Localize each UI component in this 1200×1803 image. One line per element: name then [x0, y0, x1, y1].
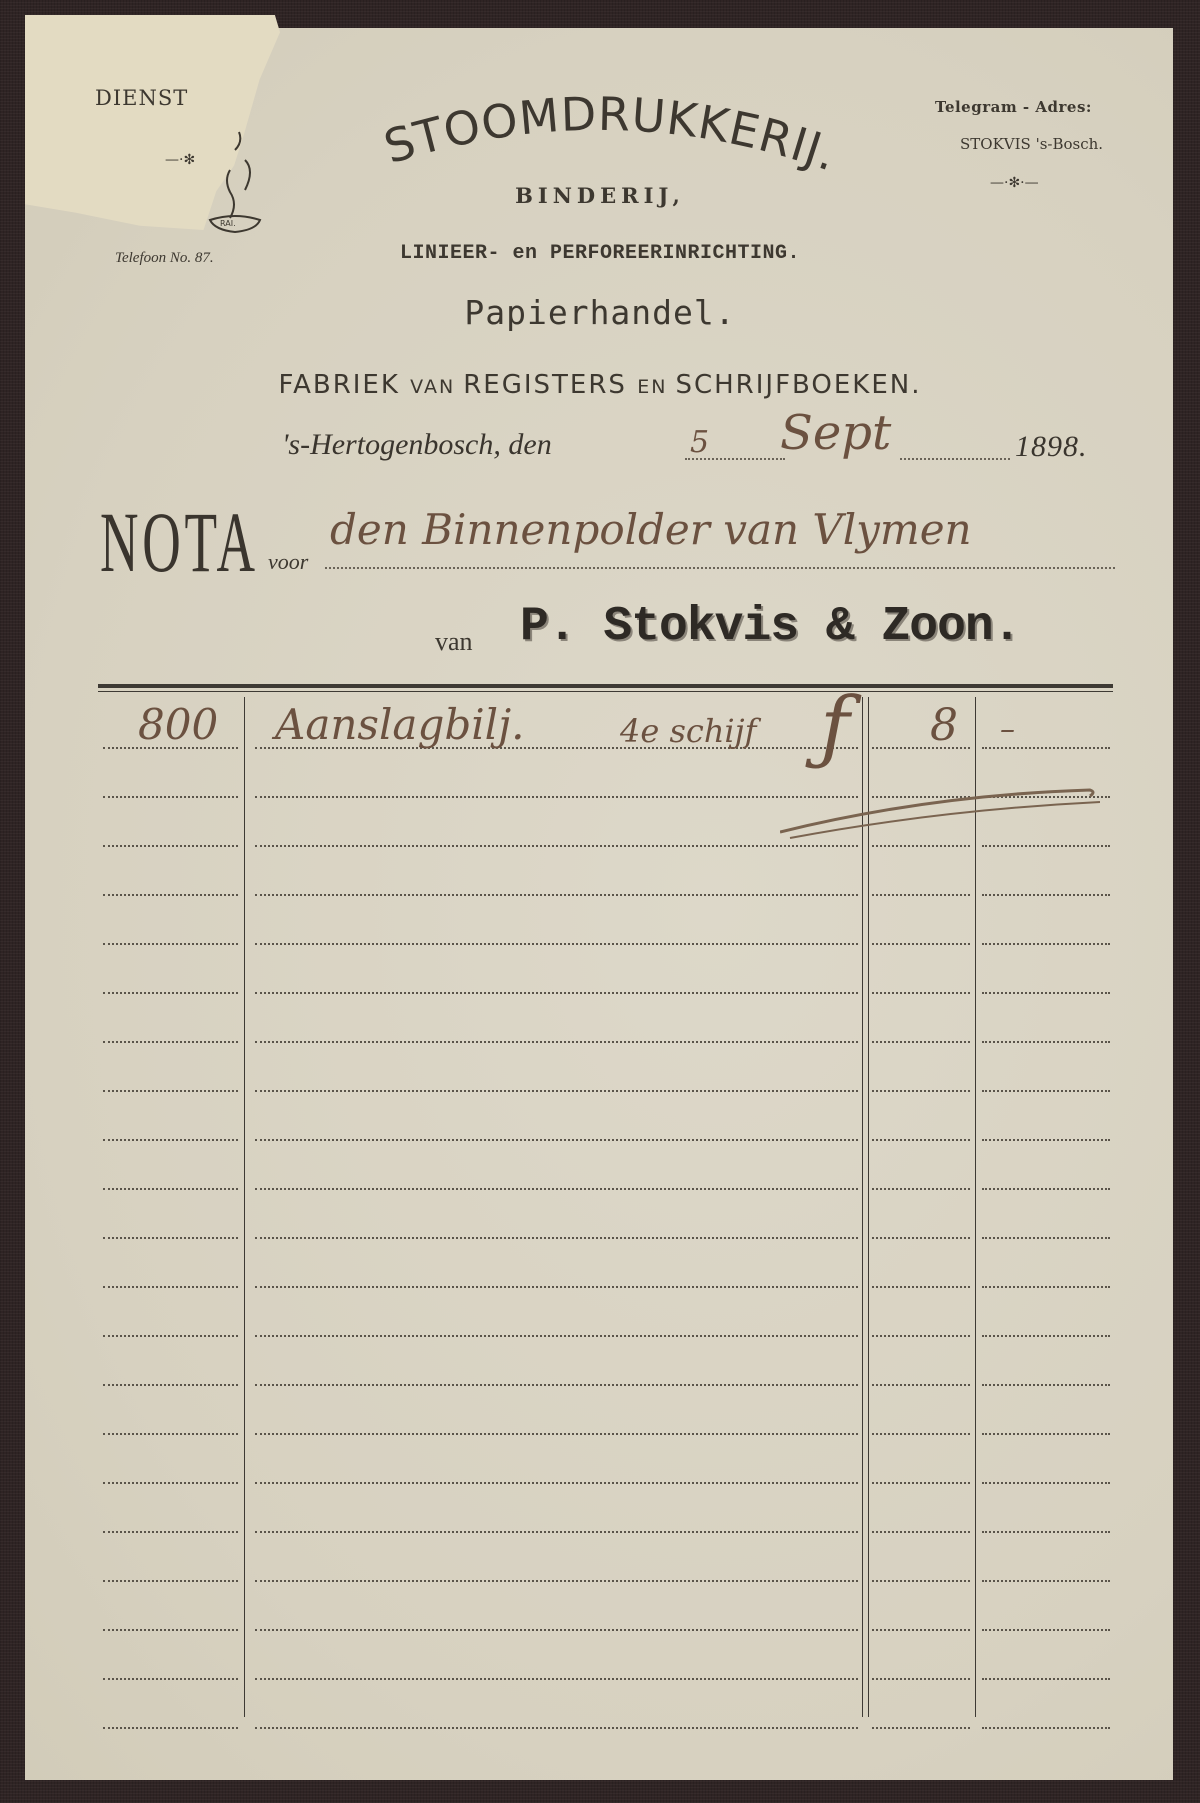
nota-title: NOTA [100, 492, 259, 592]
linieer-line: LINIEER- en PERFOREERINRICHTING. [0, 242, 1200, 265]
papierhandel-line: Papierhandel. [0, 293, 1200, 332]
firm-name: P. Stokvis & Zoon. [520, 600, 1020, 654]
column-divider-description [862, 697, 863, 1717]
ledger-dotted-line [255, 1531, 858, 1533]
ledger-dotted-line [255, 796, 858, 798]
ledger-dotted-line [982, 845, 1110, 847]
ledger-dotted-line [103, 894, 238, 896]
ledger-dotted-line [255, 992, 858, 994]
ledger-dotted-line [103, 1090, 238, 1092]
place-printed: 's-Hertogenbosch, den [282, 428, 552, 462]
en-word: EN [637, 376, 675, 398]
ledger-dotted-line [103, 1629, 238, 1631]
ledger-dotted-line [103, 1335, 238, 1337]
ledger-dotted-line [255, 1580, 858, 1582]
ledger-dotted-line [255, 1678, 858, 1680]
ledger-dotted-line [103, 1286, 238, 1288]
ledger-dotted-line [103, 1384, 238, 1386]
ledger-dotted-line [982, 1139, 1110, 1141]
ledger-dotted-line [872, 1629, 970, 1631]
ledger-dotted-line [872, 1727, 970, 1729]
voor-label: voor [268, 549, 308, 575]
ledger-dotted-line [872, 1090, 970, 1092]
ledger-dotted-line [872, 1335, 970, 1337]
ledger-dotted-line [872, 1531, 970, 1533]
ledger-dotted-line [982, 1335, 1110, 1337]
ledger-dotted-line [103, 1139, 238, 1141]
recipient-handwritten: den Binnenpolder van Vlymen [330, 505, 972, 554]
ornament-right-icon: —·✻·— [990, 175, 1039, 191]
schrijfboeken-word: SCHRIJFBOEKEN. [675, 370, 921, 400]
ledger-dotted-line [872, 1678, 970, 1680]
date-dotted-line [900, 458, 1010, 460]
ledger-dotted-line [982, 1580, 1110, 1582]
ledger-dotted-line [255, 1286, 858, 1288]
ledger-dotted-line [872, 1041, 970, 1043]
ledger-dotted-line [255, 1090, 858, 1092]
ledger-dotted-line [255, 1433, 858, 1435]
fabriek-line: FABRIEK VAN REGISTERS EN SCHRIJFBOEKEN. [0, 370, 1200, 400]
ledger-dotted-line [255, 1188, 858, 1190]
ledger-dotted-line [982, 894, 1110, 896]
recipient-dotted-line [325, 567, 1115, 569]
ledger-dotted-line [982, 1286, 1110, 1288]
telegram-address: STOKVIS 's-Bosch. [960, 135, 1103, 153]
ledger-dotted-line [982, 1384, 1110, 1386]
ledger-dotted-line [982, 1727, 1110, 1729]
ledger-dotted-line [982, 943, 1110, 945]
ledger-dotted-line [255, 1041, 858, 1043]
item-cents: – [1000, 712, 1015, 747]
ledger-dotted-line [103, 845, 238, 847]
ledger-dotted-line [872, 1188, 970, 1190]
ledger-dotted-line [872, 1286, 970, 1288]
ledger-dotted-line [982, 1090, 1110, 1092]
ledger-dotted-line [982, 1237, 1110, 1239]
svg-text:RAI.: RAI. [220, 219, 236, 228]
ledger-dotted-line [872, 943, 970, 945]
registers-word: REGISTERS [463, 370, 637, 400]
ledger-dotted-line [255, 1482, 858, 1484]
ledger-dotted-line [255, 943, 858, 945]
ledger-dotted-line [103, 1678, 238, 1680]
ledger-dotted-line [255, 845, 858, 847]
ledger-dotted-line [103, 1041, 238, 1043]
ledger-dotted-line [872, 1139, 970, 1141]
ledger-dotted-line [982, 1433, 1110, 1435]
telegram-label: Telegram - Adres: [935, 98, 1092, 116]
dienst-label: DIENST [95, 86, 188, 110]
svg-text:STOOMDRUKKERIJ.: STOOMDRUKKERIJ. [378, 87, 845, 182]
ledger-dotted-line [872, 1580, 970, 1582]
header-rule-thick [98, 684, 1113, 688]
ledger-dotted-line [982, 1531, 1110, 1533]
ledger-dotted-line [982, 992, 1110, 994]
ledger-dotted-line [103, 1727, 238, 1729]
ledger-dotted-line [103, 796, 238, 798]
item-description: Aanslagbilj. [275, 700, 524, 749]
ledger-dotted-line [872, 1237, 970, 1239]
ledger-dotted-line [872, 1384, 970, 1386]
ledger-dotted-line [255, 1139, 858, 1141]
item-amount: 8 [930, 700, 958, 751]
ledger-dotted-line [982, 1482, 1110, 1484]
ledger-dotted-line [872, 1433, 970, 1435]
ledger-dotted-line [255, 1335, 858, 1337]
ledger-dotted-line [255, 1629, 858, 1631]
item-quantity: 800 [138, 700, 218, 749]
ledger-dotted-line [255, 1237, 858, 1239]
ledger-dotted-line [872, 1482, 970, 1484]
item-description-note: 4e schijf [620, 712, 756, 750]
column-divider-quantity [244, 697, 245, 1717]
ledger-dotted-line [103, 1482, 238, 1484]
ledger-dotted-line [255, 894, 858, 896]
closing-flourish [780, 780, 1100, 840]
ledger-dotted-line [872, 845, 970, 847]
ledger-dotted-line [103, 1237, 238, 1239]
day-handwritten: 5 [690, 425, 709, 460]
item-currency-florin: ƒ [820, 680, 850, 773]
ledger-dotted-line [103, 1433, 238, 1435]
column-divider-description-double [868, 697, 869, 1717]
ledger-dotted-line [103, 943, 238, 945]
ledger-dotted-line [255, 1727, 858, 1729]
fabriek-word: FABRIEK [279, 370, 411, 400]
ledger-dotted-line [982, 1188, 1110, 1190]
year-printed: 1898. [1015, 430, 1088, 464]
ledger-dotted-line [982, 1629, 1110, 1631]
ledger-dotted-line [872, 894, 970, 896]
ledger-dotted-line [872, 992, 970, 994]
ledger-dotted-line [255, 1384, 858, 1386]
ledger-dotted-line [982, 747, 1110, 749]
header-rule-thin [98, 691, 1113, 692]
ledger-dotted-line [103, 1188, 238, 1190]
invoice-paper [25, 28, 1173, 1780]
month-handwritten: Sept [780, 405, 891, 461]
van-word: VAN [410, 376, 463, 398]
van-label: van [435, 627, 473, 657]
ledger-dotted-line [103, 1580, 238, 1582]
ledger-dotted-line [982, 1041, 1110, 1043]
ledger-dotted-line [103, 1531, 238, 1533]
ledger-dotted-line [982, 1678, 1110, 1680]
column-divider-amount [975, 697, 976, 1717]
ledger-dotted-line [103, 992, 238, 994]
